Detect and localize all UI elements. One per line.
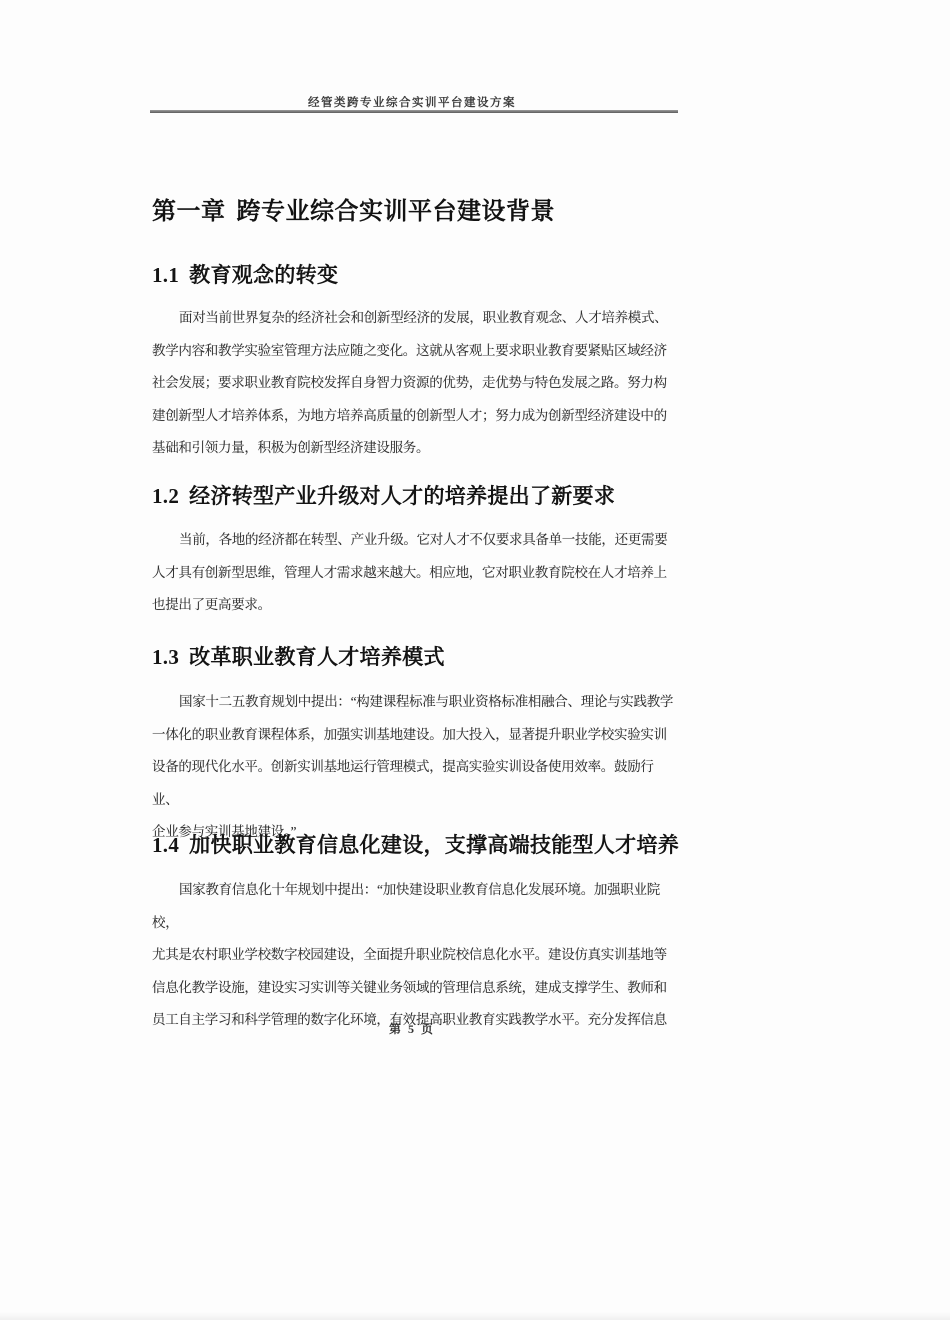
section-1-2-heading: 1.2经济转型产业升级对人才的培养提出了新要求 <box>152 480 615 510</box>
section-1-2-number: 1.2 <box>152 484 179 508</box>
section-1-1-number: 1.1 <box>152 263 179 287</box>
header-rule <box>150 110 678 113</box>
section-1-4-number: 1.4 <box>152 833 179 857</box>
section-1-3-paragraph: 国家十二五教育规划中提出：“构建课程标准与职业资格标准相融合、理论与实践教学 一… <box>152 686 676 849</box>
section-1-1-paragraph: 面对当前世界复杂的经济社会和创新型经济的发展，职业教育观念、人才培养模式、 教学… <box>152 302 676 465</box>
section-1-4-heading: 1.4加快职业教育信息化建设，支撑高端技能型人才培养 <box>152 829 679 859</box>
section-1-3-heading: 1.3改革职业教育人才培养模式 <box>152 641 445 671</box>
section-1-3-title: 改革职业教育人才培养模式 <box>189 646 445 669</box>
section-1-4-title: 加快职业教育信息化建设，支撑高端技能型人才培养 <box>189 834 679 857</box>
chapter-title: 第一章跨专业综合实训平台建设背景 <box>152 191 555 226</box>
section-1-2-paragraph: 当前，各地的经济都在转型、产业升级。它对人才不仅要求具备单一技能，还更需要 人才… <box>152 524 676 622</box>
section-1-1-heading: 1.1教育观念的转变 <box>152 259 338 289</box>
document-page: 经管类跨专业综合实训平台建设方案 第一章跨专业综合实训平台建设背景 1.1教育观… <box>0 0 950 1320</box>
chapter-name: 跨专业综合实训平台建设背景 <box>237 198 556 225</box>
section-1-1-title: 教育观念的转变 <box>189 264 338 287</box>
section-1-2-title: 经济转型产业升级对人才的培养提出了新要求 <box>189 485 615 508</box>
section-1-3-number: 1.3 <box>152 645 179 669</box>
section-1-4-paragraph: 国家教育信息化十年规划中提出：“加快建设职业教育信息化发展环境。加强职业院校， … <box>152 874 676 1037</box>
running-header-title: 经管类跨专业综合实训平台建设方案 <box>152 94 672 110</box>
chapter-label: 第一章 <box>152 198 226 225</box>
page-number: 第 5 页 <box>152 1020 672 1037</box>
